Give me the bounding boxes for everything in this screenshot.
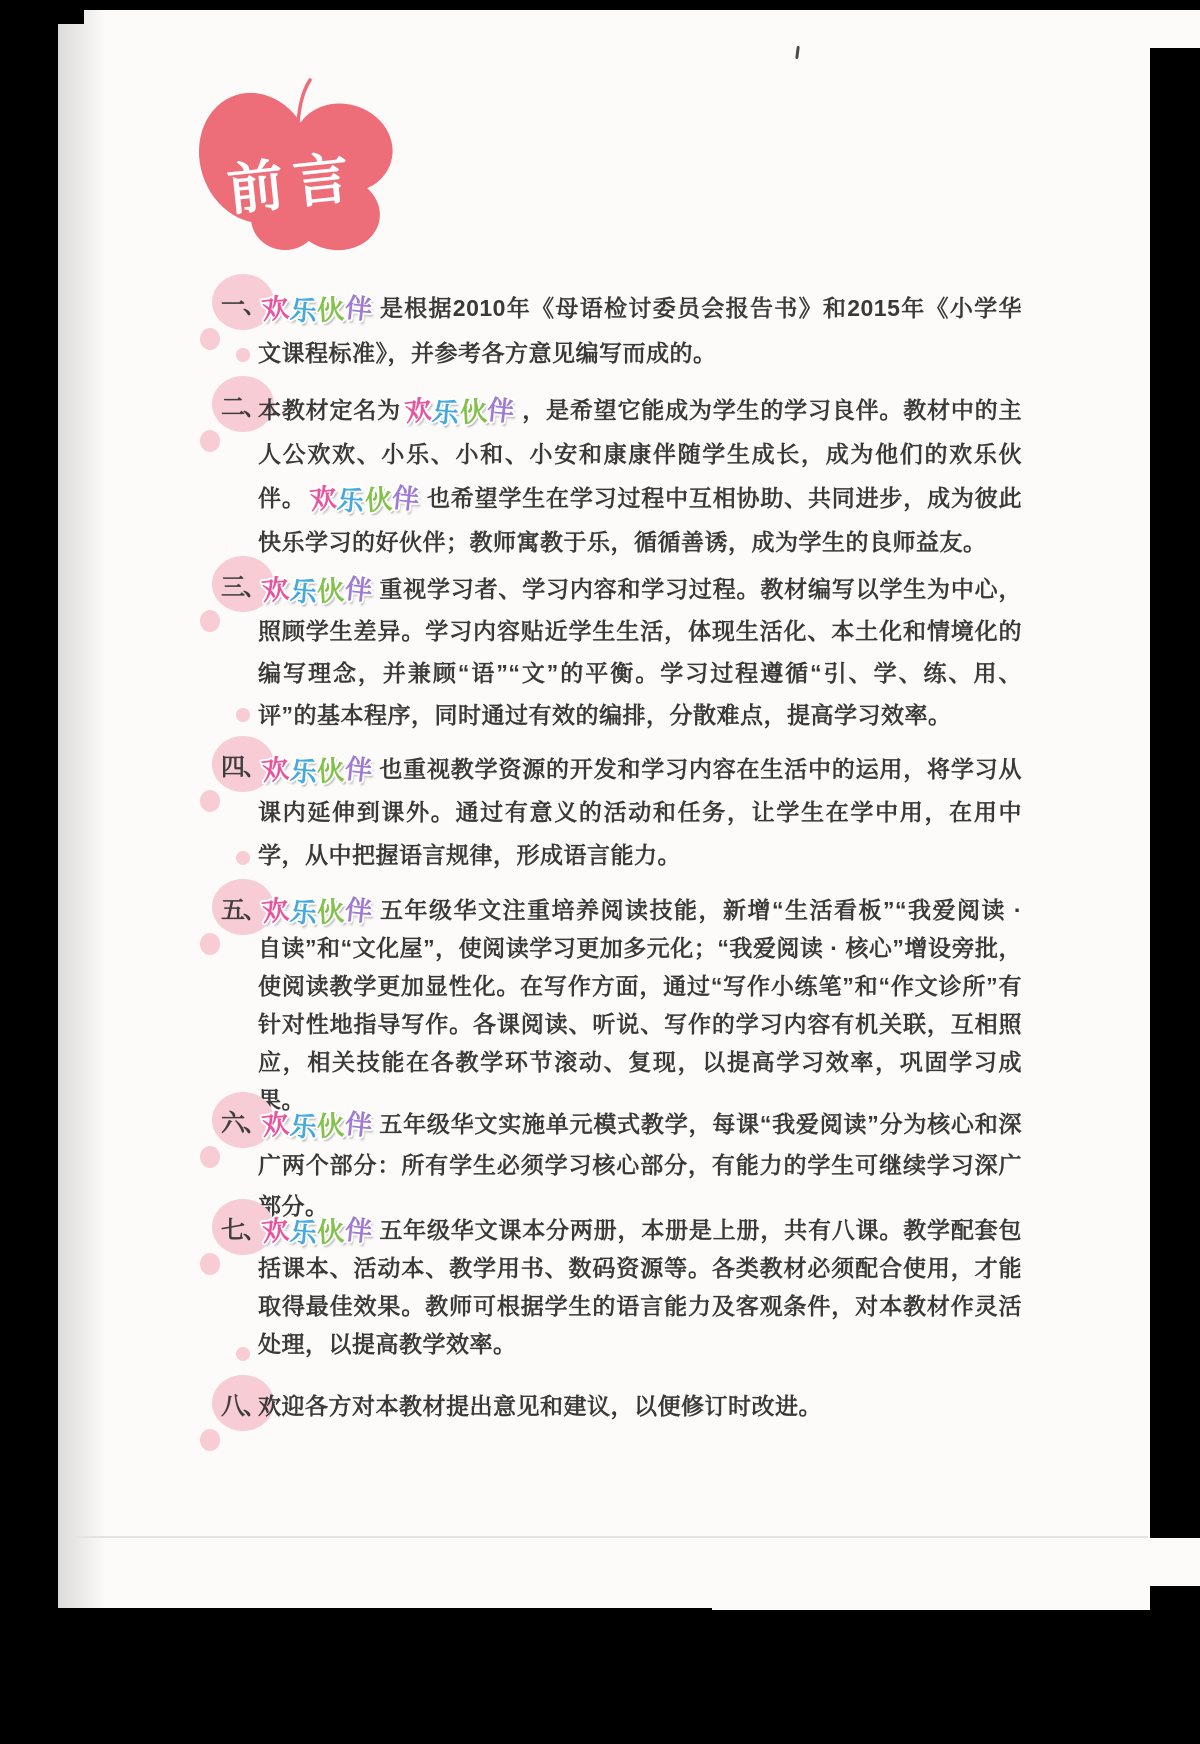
- brand-logo-char: 伙: [316, 296, 345, 325]
- bubble-satellite: [200, 430, 220, 452]
- paragraph-text-run: 五年级华文课本分两册，本册是上册，共有八课。教学配套包括课本、活动本、教学用书、…: [258, 1217, 1022, 1357]
- brand-logo-char: 伴: [343, 897, 373, 927]
- brand-logo-char: 乐: [288, 1219, 318, 1248]
- brand-logo-char: 伴: [391, 485, 421, 515]
- brand-logo-char: 欢: [308, 484, 339, 514]
- scan-right-notch: [1150, 1538, 1200, 1586]
- bubble-satellite-small: [236, 348, 250, 362]
- preface-paragraph-text: 欢乐伙伴是根据2010年《母语检讨委员会报告书》和2015年《小学华文课程标准》…: [258, 286, 1022, 376]
- brand-logo-char: 伙: [316, 1112, 345, 1141]
- preface-paragraph-text: 本教材定名为欢乐伙伴，是希望它能成为学生的学习良伴。教材中的主人公欢欢、小乐、小…: [258, 388, 1022, 564]
- brand-logo-char: 欢: [403, 396, 434, 426]
- paragraph-text-run: 欢迎各方对本教材提出意见和建议，以便修订时改进。: [258, 1393, 822, 1419]
- preface-paragraph-text: 欢乐伙伴五年级华文实施单元模式教学，每课“我爱阅读”分为核心和深广两个部分：所有…: [258, 1104, 1022, 1227]
- bubble-satellite: [200, 1253, 220, 1275]
- brand-logo-char: 伴: [343, 1217, 373, 1247]
- preface-paragraph-text: 欢乐伙伴五年级华文注重培养阅读技能，新增“生活看板”“我爱阅读 · 自读”和“文…: [258, 891, 1022, 1119]
- bubble-satellite: [200, 790, 220, 812]
- brand-logo-char: 欢: [260, 1216, 291, 1246]
- brand-logo-char: 伴: [343, 756, 373, 786]
- preface-paragraph-text: 欢乐伙伴五年级华文课本分两册，本册是上册，共有八课。教学配套包括课本、活动本、教…: [258, 1211, 1022, 1363]
- brand-logo-char: 伴: [343, 576, 373, 606]
- brand-logo-char: 欢: [260, 575, 291, 605]
- brand-logo-char: 伙: [316, 1218, 345, 1247]
- brand-logo-huanle-huoban: 欢乐伙伴: [405, 399, 515, 426]
- brand-logo-char: 乐: [288, 899, 318, 928]
- scan-bottom-step: [0, 1608, 712, 1744]
- preface-butterfly-badge: 前言: [193, 58, 403, 256]
- brand-logo-char: 欢: [260, 294, 291, 324]
- paragraph-text-run: 本教材定名为: [258, 397, 401, 423]
- brand-logo-char: 乐: [288, 758, 318, 787]
- brand-logo-huanle-huoban: 欢乐伙伴: [262, 899, 372, 926]
- brand-logo-char: 乐: [288, 1113, 318, 1142]
- brand-logo-huanle-huoban: 欢乐伙伴: [262, 297, 372, 324]
- brand-logo-char: 欢: [260, 1110, 291, 1140]
- brand-logo-char: 乐: [431, 399, 461, 428]
- preface-paragraph-text: 欢乐伙伴也重视教学资源的开发和学习内容在生活中的运用，将学习从课内延伸到课外。通…: [258, 748, 1022, 877]
- preface-title: 前言: [223, 133, 363, 226]
- paragraph-text-run: 五年级华文注重培养阅读技能，新增“生活看板”“我爱阅读 · 自读”和“文化屋”，…: [258, 897, 1022, 1113]
- preface-paragraph-text: 欢乐伙伴重视学习者、学习内容和学习过程。教材编写以学生为中心，照顾学生差异。学习…: [258, 568, 1022, 736]
- bubble-satellite: [200, 328, 220, 350]
- brand-logo-char: 伙: [316, 898, 345, 927]
- brand-logo-char: 伙: [316, 757, 345, 786]
- brand-logo-char: 乐: [288, 578, 318, 607]
- bubble-satellite-small: [236, 1347, 250, 1361]
- brand-logo-char: 欢: [260, 755, 291, 785]
- bubble-satellite: [200, 1429, 220, 1451]
- brand-logo-char: 伙: [316, 577, 345, 606]
- scan-top-right-patch: [1150, 10, 1200, 48]
- brand-logo-char: 伴: [486, 397, 516, 427]
- brand-logo-huanle-huoban: 欢乐伙伴: [262, 578, 372, 605]
- brand-logo-char: 伴: [343, 295, 373, 325]
- brand-logo-char: 欢: [260, 896, 291, 926]
- scan-corner-step: [0, 0, 84, 24]
- brand-logo-huanle-huoban: 欢乐伙伴: [262, 758, 372, 785]
- bubble-satellite: [200, 933, 220, 955]
- brand-logo-char: 伙: [459, 398, 488, 427]
- scan-artifact-line: [72, 1536, 1148, 1538]
- preface-paragraph-text: 欢迎各方对本教材提出意见和建议，以便修订时改进。: [258, 1387, 1022, 1425]
- bubble-satellite-small: [236, 851, 250, 865]
- paragraph-text-run: 重视学习者、学习内容和学习过程。教材编写以学生为中心，照顾学生差异。学习内容贴近…: [258, 576, 1022, 728]
- brand-logo-huanle-huoban: 欢乐伙伴: [262, 1113, 372, 1140]
- bubble-satellite: [200, 1146, 220, 1168]
- brand-logo-char: 乐: [336, 487, 366, 516]
- brand-logo-char: 乐: [288, 297, 318, 326]
- brand-logo-char: 伙: [364, 486, 393, 515]
- bubble-satellite: [200, 610, 220, 632]
- bubble-satellite-small: [236, 708, 250, 722]
- scanned-book-page: { "header": { "badge_label": "前言" }, "br…: [0, 0, 1200, 1744]
- brand-logo-huanle-huoban: 欢乐伙伴: [310, 487, 420, 514]
- brand-logo-char: 伴: [343, 1111, 373, 1141]
- brand-logo-huanle-huoban: 欢乐伙伴: [262, 1219, 372, 1246]
